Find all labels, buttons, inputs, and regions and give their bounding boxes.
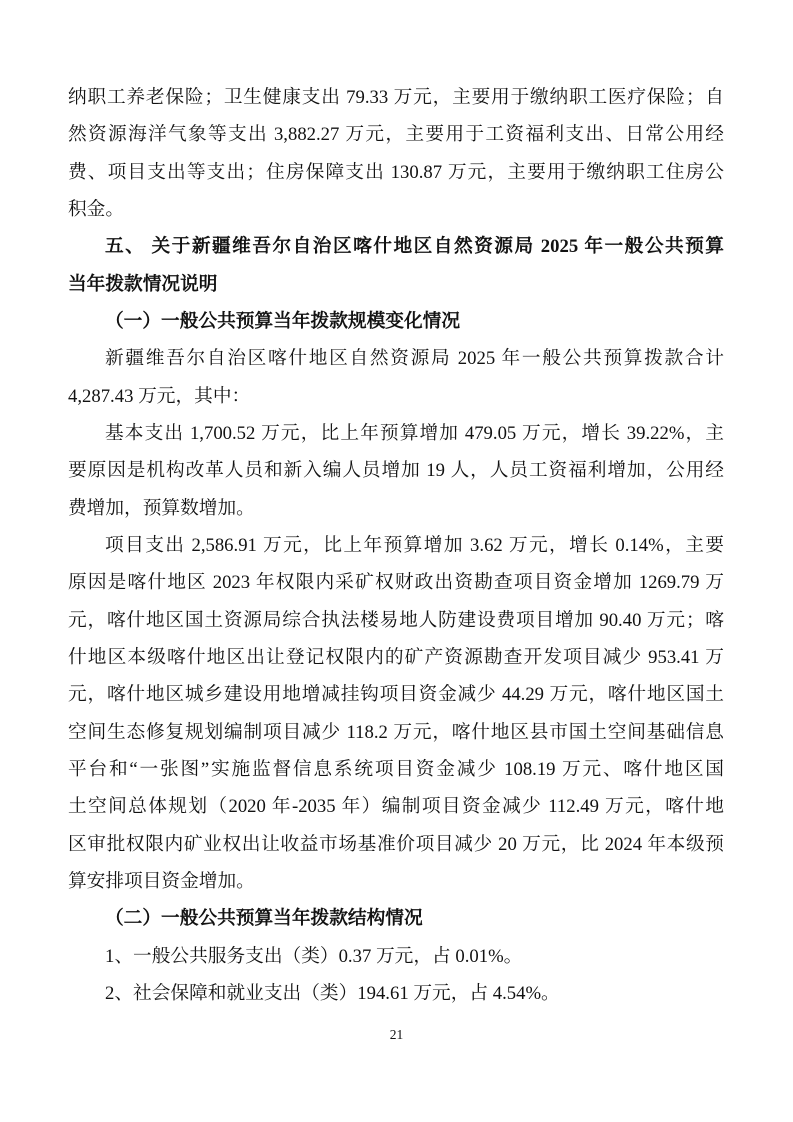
text-line: 新疆维吾尔自治区喀什地区自然资源局 2025 年一般公共预算拨款合计 [68, 340, 724, 377]
text-line: 积金。 [68, 191, 724, 228]
page-number: 21 [0, 1026, 793, 1044]
text-line: 项目支出 2,586.91 万元，比上年预算增加 3.62 万元，增长 0.14… [68, 527, 724, 564]
text-line: 纳职工养老保险；卫生健康支出 79.33 万元，主要用于缴纳职工医疗保险；自 [68, 79, 724, 116]
section-heading-line: （一）一般公共预算当年拨款规模变化情况 [68, 303, 724, 340]
text-line: 元，喀什地区城乡建设用地增减挂钩项目资金减少 44.29 万元，喀什地区国土 [68, 676, 724, 713]
text-line: 空间生态修复规划编制项目减少 118.2 万元，喀什地区县市国土空间基础信息 [68, 714, 724, 751]
section-heading-line: 当年拨款情况说明 [68, 266, 724, 303]
text-line: 土空间总体规划（2020 年-2035 年）编制项目资金减少 112.49 万元… [68, 788, 724, 825]
document-body: 纳职工养老保险；卫生健康支出 79.33 万元，主要用于缴纳职工医疗保险；自然资… [68, 79, 724, 1012]
text-line: 区审批权限内矿业权出让收益市场基准价项目减少 20 万元，比 2024 年本级预 [68, 826, 724, 863]
section-heading-line: （二）一般公共预算当年拨款结构情况 [68, 900, 724, 937]
text-line: 基本支出 1,700.52 万元，比上年预算增加 479.05 万元，增长 39… [68, 415, 724, 452]
text-line: 费、项目支出等支出；住房保障支出 130.87 万元，主要用于缴纳职工住房公 [68, 154, 724, 191]
text-line: 算安排项目资金增加。 [68, 863, 724, 900]
text-line: 然资源海洋气象等支出 3,882.27 万元，主要用于工资福利支出、日常公用经 [68, 116, 724, 153]
text-line: 元，喀什地区国土资源局综合执法楼易地人防建设费项目增加 90.40 万元；喀 [68, 602, 724, 639]
text-line: 费增加，预算数增加。 [68, 490, 724, 527]
text-line: 什地区本级喀什地区出让登记权限内的矿产资源勘查开发项目减少 953.41 万 [68, 639, 724, 676]
text-line: 2、社会保障和就业支出（类）194.61 万元，占 4.54%。 [68, 975, 724, 1012]
text-line: 1、一般公共服务支出（类）0.37 万元，占 0.01%。 [68, 938, 724, 975]
document-page: 纳职工养老保险；卫生健康支出 79.33 万元，主要用于缴纳职工医疗保险；自然资… [0, 0, 793, 1122]
text-line: 要原因是机构改革人员和新入编人员增加 19 人，人员工资福利增加，公用经 [68, 452, 724, 489]
text-line: 原因是喀什地区 2023 年权限内采矿权财政出资勘查项目资金增加 1269.79… [68, 564, 724, 601]
text-line: 4,287.43 万元，其中： [68, 378, 724, 415]
text-line: 平台和“一张图”实施监督信息系统项目资金减少 108.19 万元、喀什地区国 [68, 751, 724, 788]
section-heading-line: 五、 关于新疆维吾尔自治区喀什地区自然资源局 2025 年一般公共预算 [68, 228, 724, 265]
